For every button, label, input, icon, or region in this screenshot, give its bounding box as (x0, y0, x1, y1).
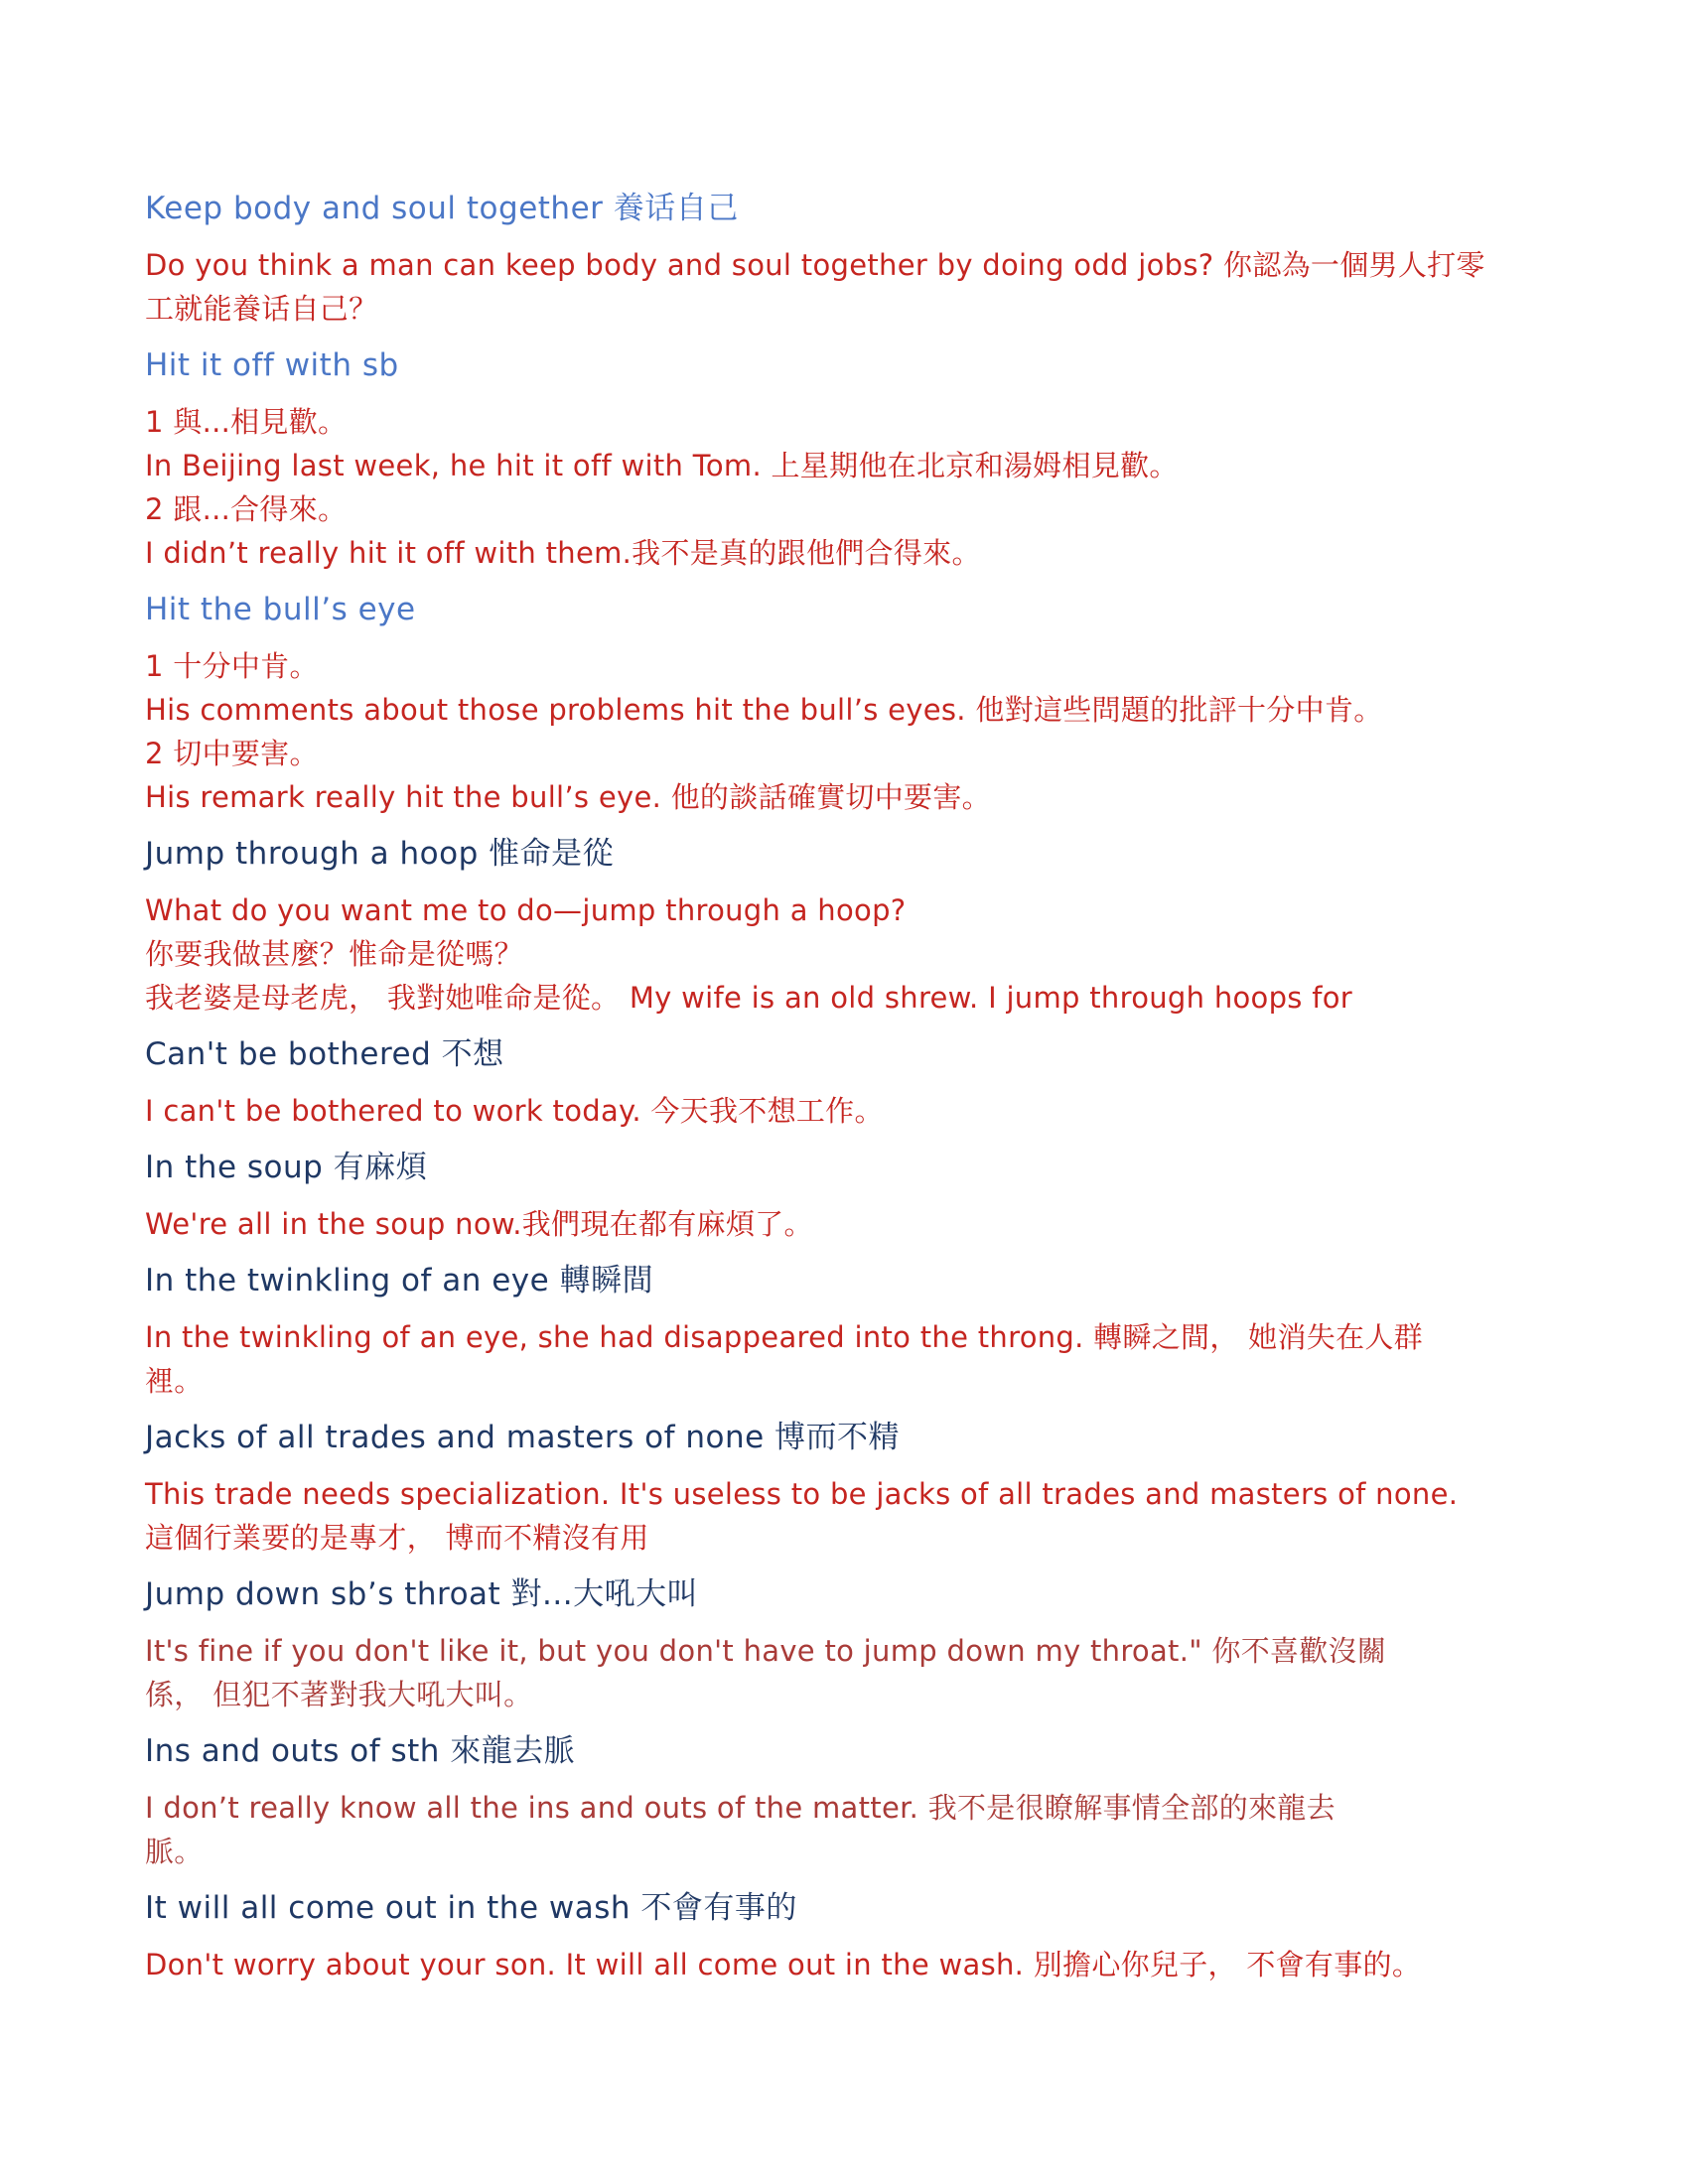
idiom-text-line: In Beijing last week, he hit it off with… (145, 444, 1595, 487)
idiom-heading: Hit it off with sb (145, 345, 1595, 385)
idiom-text-line: 1 十分中肯。 (145, 644, 1595, 688)
section-it-will-all-come-out-in-the-wash: It will all come out in the wash 不會有事的 D… (145, 1888, 1595, 1986)
idiom-text-line: It's fine if you don't like it, but you … (145, 1629, 1595, 1673)
idiom-text-line: 你要我做甚麼？惟命是從嗎？ (145, 932, 1595, 976)
idiom-text-line: Don't worry about your son. It will all … (145, 1943, 1595, 1986)
section-jacks-of-all-trades: Jacks of all trades and masters of none … (145, 1418, 1595, 1560)
idiom-text-line: 脈。 (145, 1830, 1595, 1873)
section-jump-through-a-hoop: Jump through a hoop 惟命是從 What do you wan… (145, 834, 1595, 1020)
idiom-text-line: 我老婆是母老虎， 我對她唯命是從。 My wife is an old shre… (145, 976, 1595, 1020)
section-ins-and-outs-of-sth: Ins and outs of sth 來龍去脈 I don’t really … (145, 1731, 1595, 1873)
idiom-heading: In the soup 有麻煩 (145, 1148, 1595, 1187)
idiom-text-line: 裡。 (145, 1359, 1595, 1403)
section-hit-the-bulls-eye: Hit the bull’s eye 1 十分中肯。 His comments … (145, 590, 1595, 819)
idiom-text-line: We're all in the soup now.我們現在都有麻煩了。 (145, 1202, 1595, 1246)
idiom-text-line: 2 跟...合得來。 (145, 487, 1595, 531)
idiom-text-line: I can't be bothered to work today. 今天我不想… (145, 1089, 1595, 1133)
idiom-heading: Jump down sb’s throat 對...大吼大叫 (145, 1574, 1595, 1614)
idiom-text-line: I didn’t really hit it off with them.我不是… (145, 531, 1595, 575)
section-in-the-twinkling-of-an-eye: In the twinkling of an eye 轉瞬間 In the tw… (145, 1261, 1595, 1403)
idiom-text-line: I don’t really know all the ins and outs… (145, 1786, 1595, 1830)
idiom-text-line: His remark really hit the bull’s eye. 他的… (145, 775, 1595, 819)
idiom-heading: It will all come out in the wash 不會有事的 (145, 1888, 1595, 1928)
idiom-heading: Jacks of all trades and masters of none … (145, 1418, 1595, 1457)
section-in-the-soup: In the soup 有麻煩 We're all in the soup no… (145, 1148, 1595, 1246)
idiom-text-line: 這個行業要的是專才， 博而不精沒有用 (145, 1516, 1595, 1560)
section-keep-body-and-soul-together: Keep body and soul together 養话自己 Do you … (145, 189, 1595, 331)
section-jump-down-sbs-throat: Jump down sb’s throat 對...大吼大叫 It's fine… (145, 1574, 1595, 1716)
idiom-text-line: 2 切中要害。 (145, 732, 1595, 775)
idiom-text-line: This trade needs specialization. It's us… (145, 1472, 1595, 1516)
idiom-text-line: His comments about those problems hit th… (145, 688, 1595, 732)
idiom-text-line: 係， 但犯不著對我大吼大叫。 (145, 1673, 1595, 1716)
idiom-text-line: What do you want me to do—jump through a… (145, 888, 1595, 932)
idiom-notes-page: Keep body and soul together 養话自己 Do you … (0, 0, 1688, 2184)
idiom-text-line: 1 與...相見歡。 (145, 400, 1595, 444)
idiom-heading: Hit the bull’s eye (145, 590, 1595, 629)
idiom-notes-document: Keep body and soul together 養话自己 Do you … (145, 0, 1595, 1986)
idiom-heading: Keep body and soul together 養话自己 (145, 189, 1595, 228)
idiom-heading: Ins and outs of sth 來龍去脈 (145, 1731, 1595, 1771)
section-cant-be-bothered: Can't be bothered 不想 I can't be bothered… (145, 1034, 1595, 1133)
idiom-heading: Jump through a hoop 惟命是從 (145, 834, 1595, 874)
idiom-text-line: In the twinkling of an eye, she had disa… (145, 1315, 1595, 1359)
idiom-text-line: 工就能養话自己？ (145, 287, 1595, 331)
section-hit-it-off-with-sb: Hit it off with sb 1 與...相見歡。 In Beijing… (145, 345, 1595, 575)
idiom-text-line: Do you think a man can keep body and sou… (145, 243, 1595, 287)
idiom-heading: Can't be bothered 不想 (145, 1034, 1595, 1074)
idiom-heading: In the twinkling of an eye 轉瞬間 (145, 1261, 1595, 1300)
